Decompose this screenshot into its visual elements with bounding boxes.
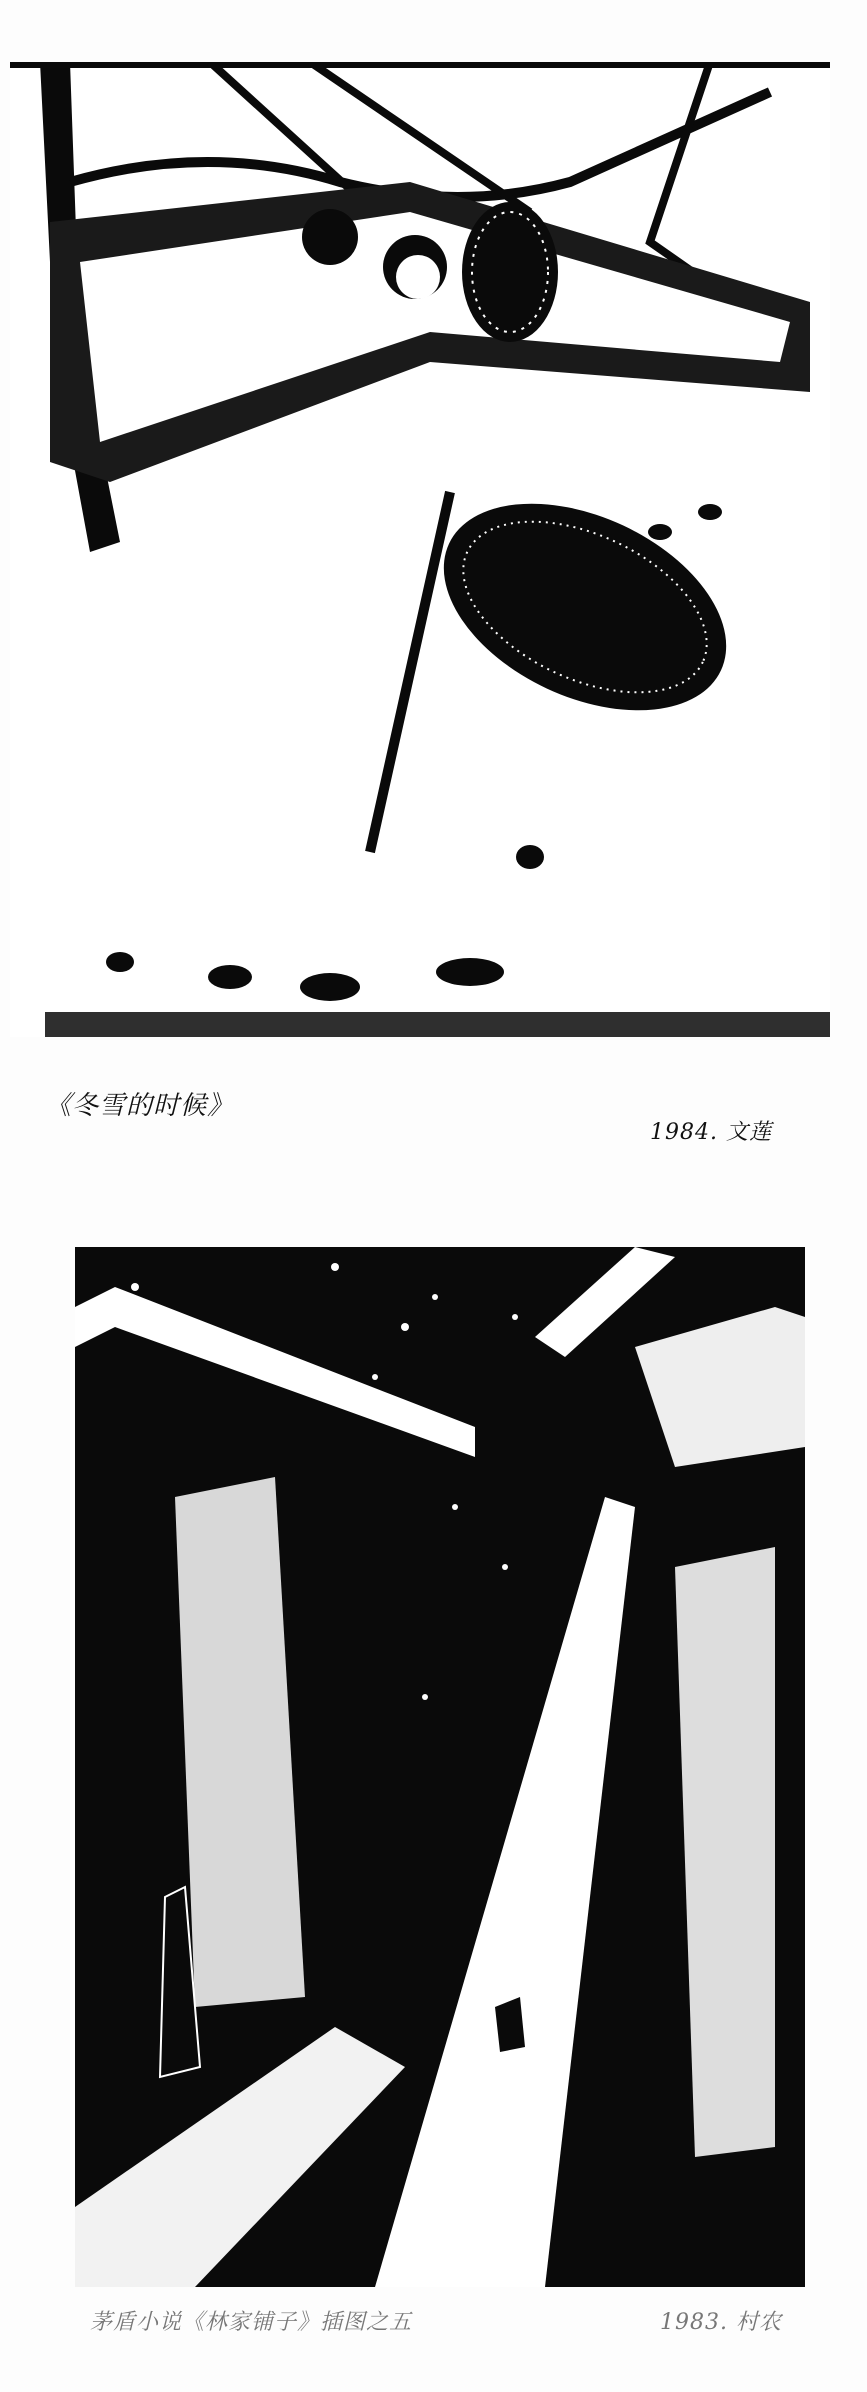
print-signature: 1983. 村农: [660, 2305, 782, 2336]
print-caption-title: 《冬雪的时候》: [45, 1085, 234, 1122]
print-caption-title: 茅盾小说《林家铺子》插图之五: [90, 2305, 412, 2336]
woodcut-print-winter-snow: [10, 62, 830, 1037]
print-signature: 1984. 文莲: [650, 1115, 772, 1146]
woodcut-print-night-alley: [75, 1247, 805, 2287]
